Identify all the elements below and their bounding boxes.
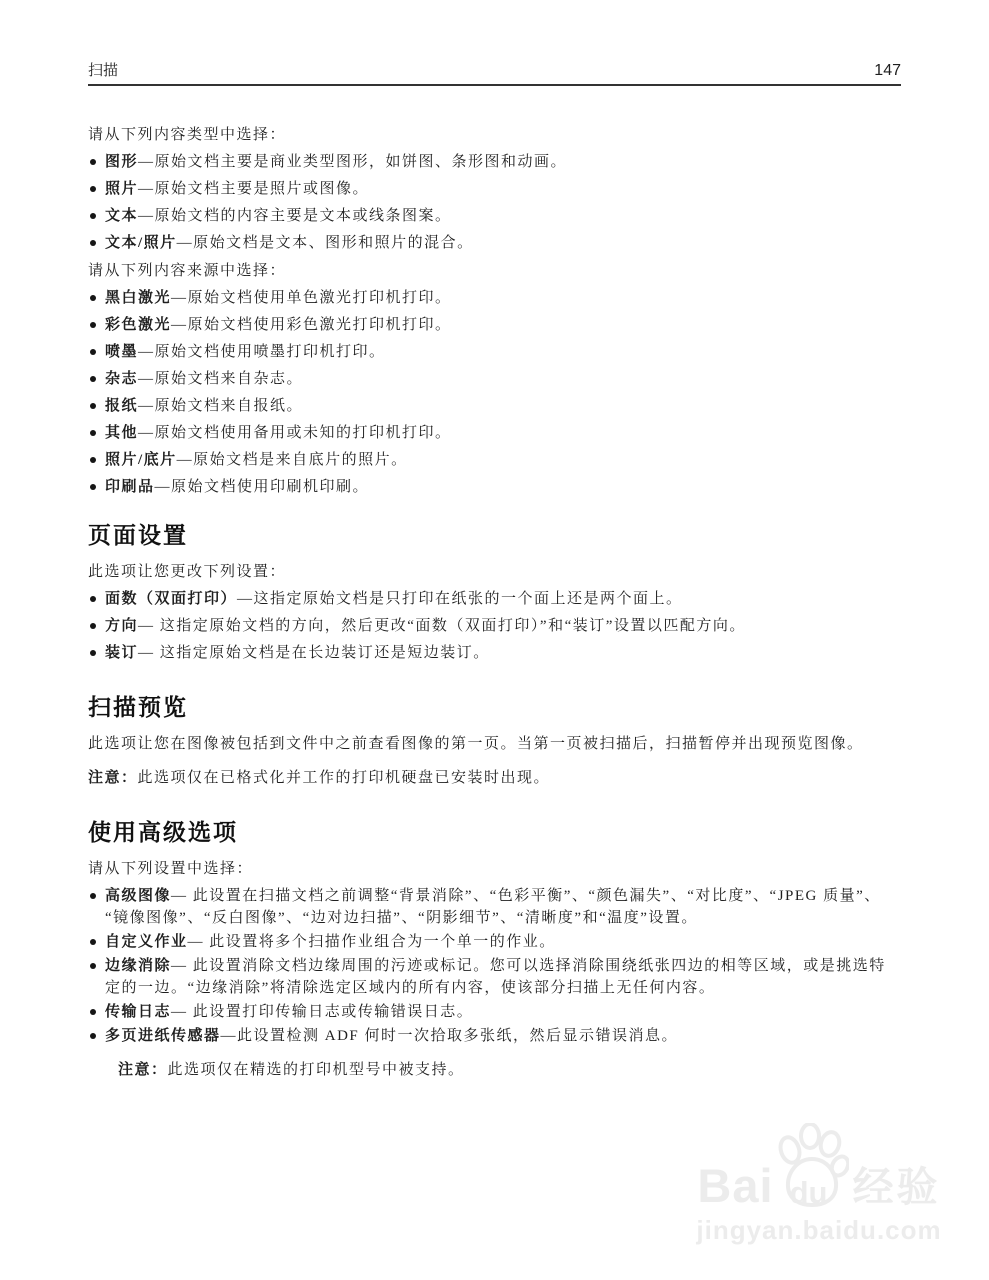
page-setup-list: 面数（双面打印）—这指定原始文档是只打印在纸张的一个面上还是两个面上。 方向— …: [88, 588, 901, 664]
section-heading-scan-preview: 扫描预览: [88, 694, 901, 720]
note-label: 注意：: [118, 1062, 168, 1078]
list-item: 多页进纸传感器—此设置检测 ADF 何时一次拾取多张纸，然后显示错误消息。: [88, 1025, 901, 1047]
baidu-jingyan-logo: Bai du 经验: [693, 1123, 945, 1207]
content-type-list: 图形—原始文档主要是商业类型图形，如饼图、条形图和动画。 照片—原始文档主要是照…: [88, 151, 901, 254]
advanced-options-note: 注意：此选项仅在精选的打印机型号中被支持。: [118, 1059, 901, 1081]
list-item: 图形—原始文档主要是商业类型图形，如饼图、条形图和动画。: [88, 151, 901, 173]
list-item: 其他—原始文档使用备用或未知的打印机打印。: [88, 422, 901, 444]
list-item: 杂志—原始文档来自杂志。: [88, 368, 901, 390]
list-item: 文本—原始文档的内容主要是文本或线条图案。: [88, 205, 901, 227]
list-item: 面数（双面打印）—这指定原始文档是只打印在纸张的一个面上还是两个面上。: [88, 588, 901, 610]
watermark-site-url: jingyan.baidu.com: [693, 1215, 945, 1246]
header-section-title: 扫描: [88, 62, 118, 80]
paw-icon: du: [775, 1123, 849, 1207]
section-heading-advanced-options: 使用高级选项: [88, 819, 901, 845]
scan-preview-paragraph: 此选项让您在图像被包括到文件中之前查看图像的第一页。当第一页被扫描后，扫描暂停并…: [88, 733, 901, 755]
advanced-options-intro: 请从下列设置中选择：: [88, 858, 901, 880]
list-item: 边缘消除— 此设置消除文档边缘周围的污迹或标记。您可以选择消除围绕纸张四边的相等…: [88, 955, 901, 999]
watermark-jingyan-text: 经验: [853, 1168, 941, 1207]
list-item: 彩色激光—原始文档使用彩色激光打印机打印。: [88, 314, 901, 336]
list-item: 高级图像— 此设置在扫描文档之前调整“背景消除”、“色彩平衡”、“颜色漏失”、“…: [88, 885, 901, 929]
list-item: 传输日志— 此设置打印传输日志或传输错误日志。: [88, 1001, 901, 1023]
content-source-list: 黑白激光—原始文档使用单色激光打印机打印。 彩色激光—原始文档使用彩色激光打印机…: [88, 287, 901, 498]
list-item: 黑白激光—原始文档使用单色激光打印机打印。: [88, 287, 901, 309]
page-number: 147: [874, 62, 901, 80]
list-item: 喷墨—原始文档使用喷墨打印机打印。: [88, 341, 901, 363]
list-item: 印刷品—原始文档使用印刷机印刷。: [88, 476, 901, 498]
section-heading-page-setup: 页面设置: [88, 522, 901, 548]
list-item: 自定义作业— 此设置将多个扫描作业组合为一个单一的作业。: [88, 931, 901, 953]
manual-page: 扫描 147 请从下列内容类型中选择： 图形—原始文档主要是商业类型图形，如饼图…: [0, 0, 989, 1280]
watermark-du-text: du: [790, 1179, 828, 1207]
watermark-bai-text: Bai: [697, 1165, 773, 1207]
watermark: Bai du 经验 jingyan.baidu.com: [693, 1123, 945, 1246]
list-item: 装订— 这指定原始文档是在长边装订还是短边装订。: [88, 642, 901, 664]
scan-preview-note: 注意：此选项仅在已格式化并工作的打印机硬盘已安装时出现。: [88, 767, 901, 789]
page-header: 扫描 147: [88, 62, 901, 86]
list-item: 照片/底片—原始文档是来自底片的照片。: [88, 449, 901, 471]
content-source-intro: 请从下列内容来源中选择：: [88, 260, 901, 282]
content-type-intro: 请从下列内容类型中选择：: [88, 124, 901, 146]
page-setup-intro: 此选项让您更改下列设置：: [88, 561, 901, 583]
note-text: 此选项仅在已格式化并工作的打印机硬盘已安装时出现。: [138, 770, 551, 786]
note-label: 注意：: [88, 770, 138, 786]
list-item: 方向— 这指定原始文档的方向，然后更改“面数（双面打印）”和“装订”设置以匹配方…: [88, 615, 901, 637]
advanced-options-list: 高级图像— 此设置在扫描文档之前调整“背景消除”、“色彩平衡”、“颜色漏失”、“…: [88, 885, 901, 1047]
list-item: 文本/照片—原始文档是文本、图形和照片的混合。: [88, 232, 901, 254]
note-text: 此选项仅在精选的打印机型号中被支持。: [168, 1062, 465, 1078]
page-content: 请从下列内容类型中选择： 图形—原始文档主要是商业类型图形，如饼图、条形图和动画…: [88, 124, 901, 1096]
list-item: 报纸—原始文档来自报纸。: [88, 395, 901, 417]
list-item: 照片—原始文档主要是照片或图像。: [88, 178, 901, 200]
